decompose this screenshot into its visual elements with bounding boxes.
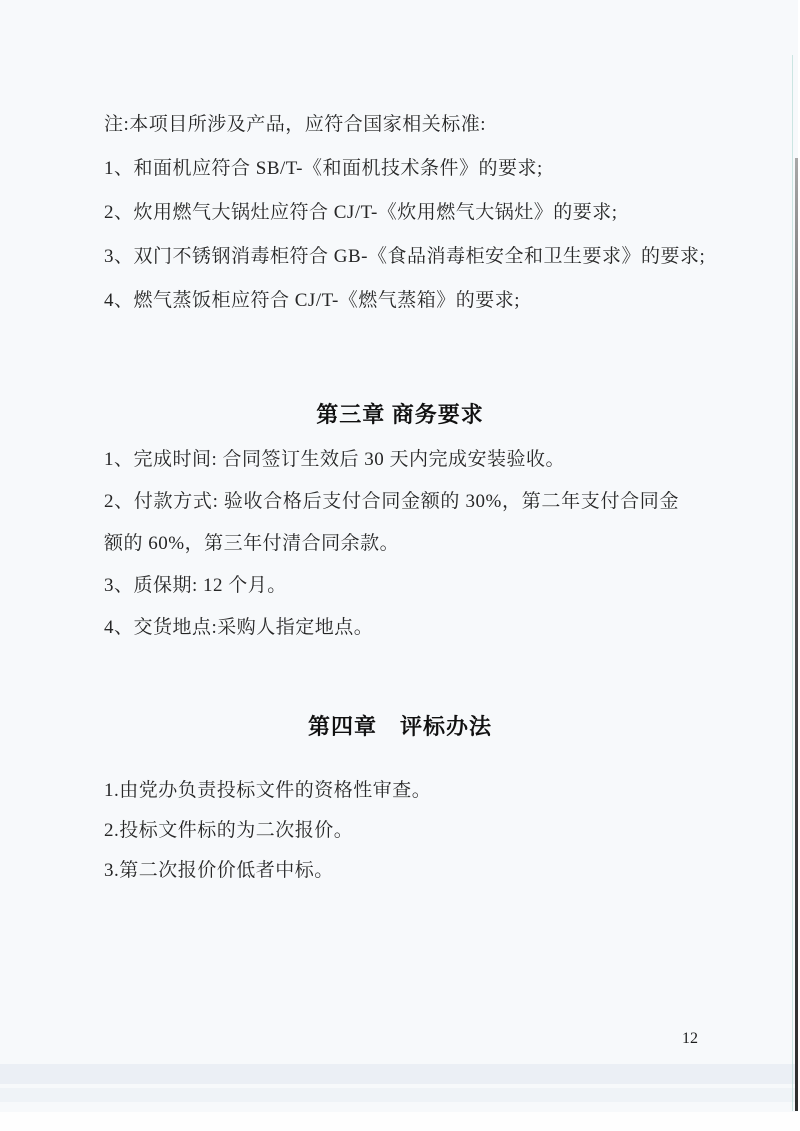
scan-noise-band — [0, 1064, 796, 1084]
chapter3-item-1: 1、完成时间: 合同签订生效后 30 天内完成安装验收。 — [104, 439, 744, 481]
scan-edge-teal-line — [792, 55, 793, 1111]
standards-note-intro: 注:本项目所涉及产品，应符合国家相关标准: — [104, 103, 744, 147]
scan-noise-band — [0, 1088, 796, 1102]
scanned-document-page: 注:本项目所涉及产品，应符合国家相关标准: 1、和面机应符合 SB/T-《和面机… — [0, 0, 800, 1131]
chapter4-heading: 第四章 评标办法 — [104, 712, 696, 742]
chapter4-item-3: 3.第二次报价价低者中标。 — [104, 851, 744, 891]
page-number: 12 — [682, 1030, 698, 1048]
document-body: 注:本项目所涉及产品，应符合国家相关标准: 1、和面机应符合 SB/T-《和面机… — [104, 0, 744, 891]
chapter3-item-3: 3、质保期: 12 个月。 — [104, 565, 744, 607]
chapter3-item-4: 4、交货地点:采购人指定地点。 — [104, 607, 744, 649]
standards-item-4: 4、燃气蒸饭柜应符合 CJ/T-《燃气蒸箱》的要求; — [104, 279, 744, 323]
standards-item-1: 1、和面机应符合 SB/T-《和面机技术条件》的要求; — [104, 147, 744, 191]
standards-item-2: 2、炊用燃气大锅灶应符合 CJ/T-《炊用燃气大锅灶》的要求; — [104, 191, 744, 235]
chapter3-heading: 第三章 商务要求 — [104, 400, 696, 430]
chapter3-item-2: 2、付款方式: 验收合格后支付合同金额的 30%，第二年支付合同金额的 60%，… — [104, 481, 679, 565]
chapter4-item-1: 1.由党办负责投标文件的资格性审查。 — [104, 771, 744, 811]
standards-item-3: 3、双门不锈钢消毒柜符合 GB-《食品消毒柜安全和卫生要求》的要求; — [104, 235, 744, 279]
chapter4-item-2: 2.投标文件标的为二次报价。 — [104, 811, 744, 851]
scan-bottom-margin — [0, 1112, 800, 1131]
